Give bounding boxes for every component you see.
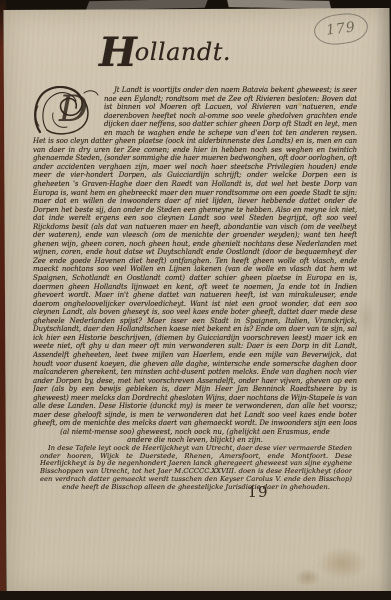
background-bottom-strip	[0, 591, 391, 600]
page-edge-shadow	[375, 8, 391, 592]
title-ornamental-initial: H	[99, 29, 135, 76]
second-paragraph: In dese Tafele leyt oock de Heerlijckhey…	[40, 445, 352, 484]
stain	[294, 568, 320, 586]
page-title: Hollandt.	[99, 33, 231, 73]
ornamental-drop-cap: D	[33, 86, 99, 136]
printed-page-number: 19	[243, 483, 273, 501]
paragraph-closing-lines: (al niemt-mense soo) gheweest, noch oock…	[33, 428, 357, 445]
title-text: ollandt.	[135, 38, 231, 66]
second-paragraph-last-line: ende heeft de Bisschop alleen de gheeste…	[40, 483, 352, 491]
drop-cap-letter: D	[49, 88, 88, 132]
paragraph: D Jt Landt is voortijts onder den naem B…	[33, 86, 357, 428]
stain	[316, 546, 368, 580]
book-photo: 179 Hollandt. D Jt Landt is voort	[0, 0, 391, 600]
closing-line: andere die noch leven, blijckt) en zijn.	[33, 436, 357, 444]
paragraph-text: Jt Landt is voortijts onder den naem Bat…	[33, 86, 357, 428]
pencil-number-text: 179	[325, 19, 356, 39]
main-text-block: D Jt Landt is voortijts onder den naem B…	[33, 86, 357, 428]
stain	[357, 298, 375, 338]
